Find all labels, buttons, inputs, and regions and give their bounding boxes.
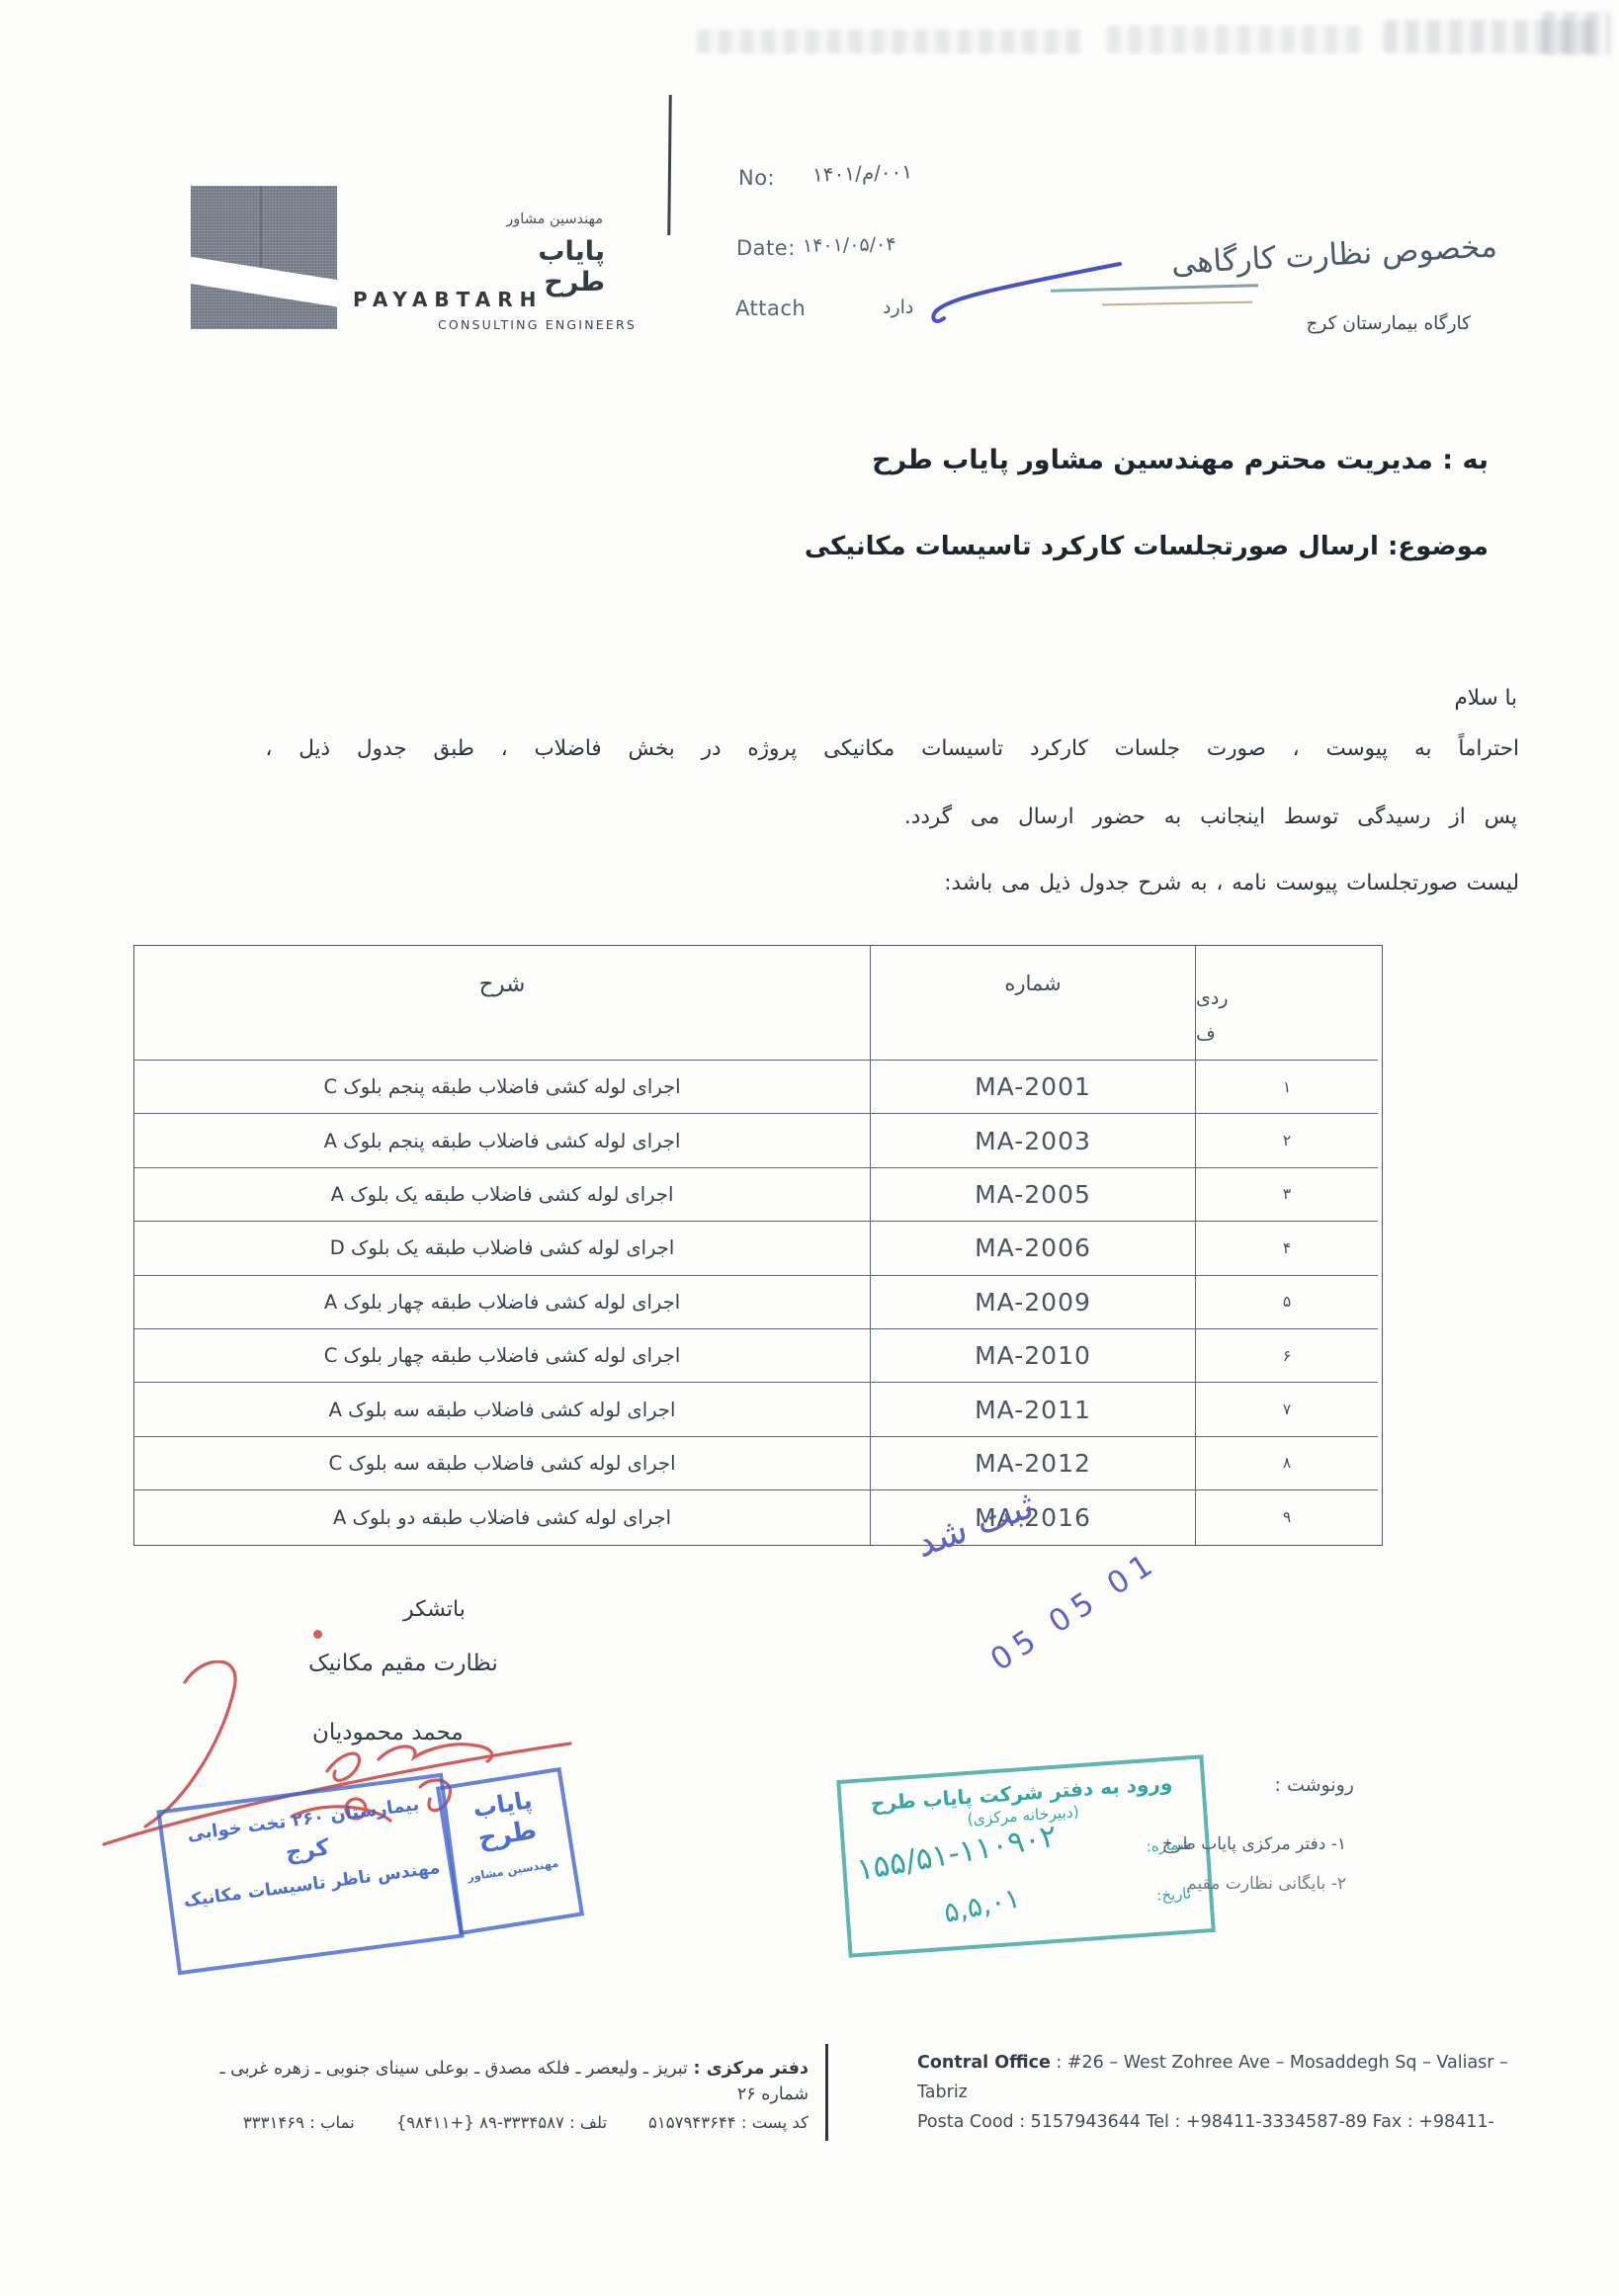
table-header-number: شماره — [870, 946, 1196, 1061]
letter-to-line: به : مدیریت محترم مهندسین مشاور پایاب طر… — [791, 445, 1489, 475]
table-cell-number: MA-2005 — [870, 1168, 1196, 1222]
cc-item: ۲- بایگانی نظارت مقیم — [1028, 1874, 1346, 1894]
date-value-handwritten: ۱۴۰۱/۰۵/۰۴ — [803, 233, 896, 257]
letter-subject-line: موضوع: ارسال صورتجلسات کارکرد تاسیسات مک… — [791, 532, 1489, 561]
table-cell-idx: ۲ — [1196, 1114, 1378, 1167]
table-cell-desc: اجرای لوله کشی فاضلاب طبقه یک بلوک A — [134, 1168, 870, 1222]
table-cell-desc: اجرای لوله کشی فاضلاب طبقه پنجم بلوک C — [134, 1061, 870, 1114]
table-cell-idx: ۴ — [1196, 1222, 1378, 1275]
footer-en-office-label: Contral Office — [917, 2053, 1051, 2073]
footer-en: Contral Office : #26 – West Zohree Ave –… — [917, 2048, 1510, 2137]
body-line-3: لیست صورتجلسات پیوست نامه ، به شرح جدول … — [944, 871, 1519, 895]
attach-value-handwritten: دارد — [883, 297, 913, 318]
stamp-date-handwritten: ۵,۵,۰۱ — [941, 1881, 1023, 1928]
footer-divider-line — [825, 2044, 828, 2141]
table-cell-idx: ۱ — [1196, 1061, 1378, 1114]
no-label: No: — [738, 166, 775, 190]
company-stamp: پایاب طرح مهندسین مشاور — [436, 1767, 584, 1935]
office-entry-stamp: ورود به دفتر شرکت پایاب طرح (دبیرخانه مر… — [836, 1754, 1216, 1958]
table-cell-number: MA-2012 — [870, 1437, 1196, 1490]
footer-en-city: Tabriz — [917, 2078, 1510, 2107]
header-divider-line — [667, 95, 671, 235]
company-subtitle-en: CONSULTING ENGINEERS — [438, 317, 637, 332]
table-header-row-line2: ف — [1196, 1023, 1216, 1045]
table-cell-desc: اجرای لوله کشی فاضلاب طبقه چهار بلوک C — [134, 1329, 870, 1383]
table-cell-number: MA-2010 — [870, 1329, 1196, 1383]
cc-label: رونوشت : — [1250, 1774, 1354, 1796]
table-header-row-line1: ردی — [1196, 987, 1229, 1009]
body-line-2: پس از رسیدگی توسط اینجانب به حضور ارسال … — [904, 805, 1517, 829]
table-cell-number: MA-2001 — [870, 1061, 1196, 1114]
checkmark-ink-icon — [924, 257, 1137, 334]
table-header-desc: شرح — [134, 946, 870, 1061]
table-cell-desc: اجرای لوله کشی فاضلاب طبقه دو بلوک A — [134, 1490, 870, 1544]
table-cell-idx: ۸ — [1196, 1437, 1378, 1490]
thanks-line: باتشکر — [403, 1597, 466, 1622]
logo-stripe — [191, 253, 337, 311]
footer-en-address: Contral Office : #26 – West Zohree Ave –… — [917, 2048, 1510, 2078]
table-cell-idx: ۶ — [1196, 1329, 1378, 1383]
minutes-table: شرح شماره ردی ف اجرای لوله کشی فاضلاب طب… — [133, 945, 1383, 1546]
table-cell-number: MA-2006 — [870, 1222, 1196, 1275]
scanned-letter-page: مهندسین مشاور پایاب طرح PAYABTARH CONSUL… — [0, 0, 1619, 2296]
table-cell-idx: ۹ — [1196, 1490, 1378, 1544]
cc-item: ۱- دفتر مرکزی پایاب طرح — [1028, 1834, 1346, 1854]
table-cell-desc: اجرای لوله کشی فاضلاب طبقه یک بلوک D — [134, 1222, 870, 1275]
footer-fa-number: شماره ۲۶ — [148, 2082, 809, 2107]
table-cell-desc: اجرای لوله کشی فاضلاب طبقه سه بلوک C — [134, 1437, 870, 1490]
table-cell-desc: اجرای لوله کشی فاضلاب طبقه سه بلوک A — [134, 1383, 870, 1436]
company-name-fa-small: مهندسین مشاور — [489, 212, 603, 227]
company-name-en: PAYABTARH — [353, 288, 543, 311]
stamp-line: مهندسین مشاور — [454, 1853, 573, 1886]
table-cell-idx: ۵ — [1196, 1276, 1378, 1329]
footer-en-contacts: Posta Cood : 5157943644 Tel : +98411-333… — [917, 2107, 1510, 2137]
footer-fa-office-value: تبریز ـ ولیعصر ـ فلکه مصدق ـ بوعلی سینای… — [219, 2059, 688, 2079]
table-cell-desc: اجرای لوله کشی فاضلاب طبقه پنجم بلوک A — [134, 1114, 870, 1167]
footer-fa: دفتر مرکزی : تبریز ـ ولیعصر ـ فلکه مصدق … — [148, 2056, 809, 2132]
table-cell-number: MA-2009 — [870, 1276, 1196, 1329]
footer-en-office-rest: : #26 – West Zohree Ave – Mosaddegh Sq –… — [1051, 2053, 1508, 2073]
footer-fa-address: دفتر مرکزی : تبریز ـ ولیعصر ـ فلکه مصدق … — [148, 2056, 809, 2082]
footer-fa-office-label: دفتر مرکزی : — [694, 2059, 809, 2079]
date-label: Date: — [736, 236, 796, 260]
footer-fa-contacts: کد پست : ۵۱۵۷۹۴۳۶۴۴ تلف : ۳۳۳۴۵۸۷-۸۹ {+۹… — [148, 2113, 809, 2132]
scan-artifact — [697, 30, 1082, 53]
table-cell-idx: ۳ — [1196, 1168, 1378, 1222]
footer-fa-postal: کد پست : ۵۱۵۷۹۴۳۶۴۴ — [648, 2113, 809, 2132]
table-header-row: ردی ف — [1196, 946, 1378, 1061]
logo-seam — [260, 186, 262, 275]
body-line-1: احتراماً به پیوست ، صورت جلسات کارکرد تا… — [266, 736, 1520, 761]
scan-artifact — [1107, 26, 1364, 53]
workshop-name: کارگاه بیمارستان کرج — [1224, 313, 1471, 334]
table-cell-idx: ۷ — [1196, 1383, 1378, 1436]
salutation: با سلام — [1454, 686, 1517, 711]
scan-artifact — [1542, 12, 1611, 55]
footer-fa-fax: نماب : ۳۳۳۱۴۶۹ — [243, 2113, 355, 2132]
registered-date-handwritten: 05 05 01 — [984, 1544, 1164, 1678]
attach-label: Attach — [735, 297, 806, 320]
table-cell-desc: اجرای لوله کشی فاضلاب طبقه چهار بلوک A — [134, 1276, 870, 1329]
red-ink-dot — [313, 1630, 322, 1639]
company-logo — [191, 186, 337, 329]
footer-fa-tel: تلف : ۳۳۳۴۵۸۷-۸۹ {+۹۸۴۱۱} — [396, 2113, 607, 2132]
table-cell-number: MA-2003 — [870, 1114, 1196, 1167]
routing-note-handwritten: مخصوص نظارت کارگاهی — [1136, 227, 1532, 284]
table-cell-number: MA-2011 — [870, 1383, 1196, 1436]
no-value-handwritten: ۰۰۱/م/۱۴۰۱ — [812, 159, 913, 187]
